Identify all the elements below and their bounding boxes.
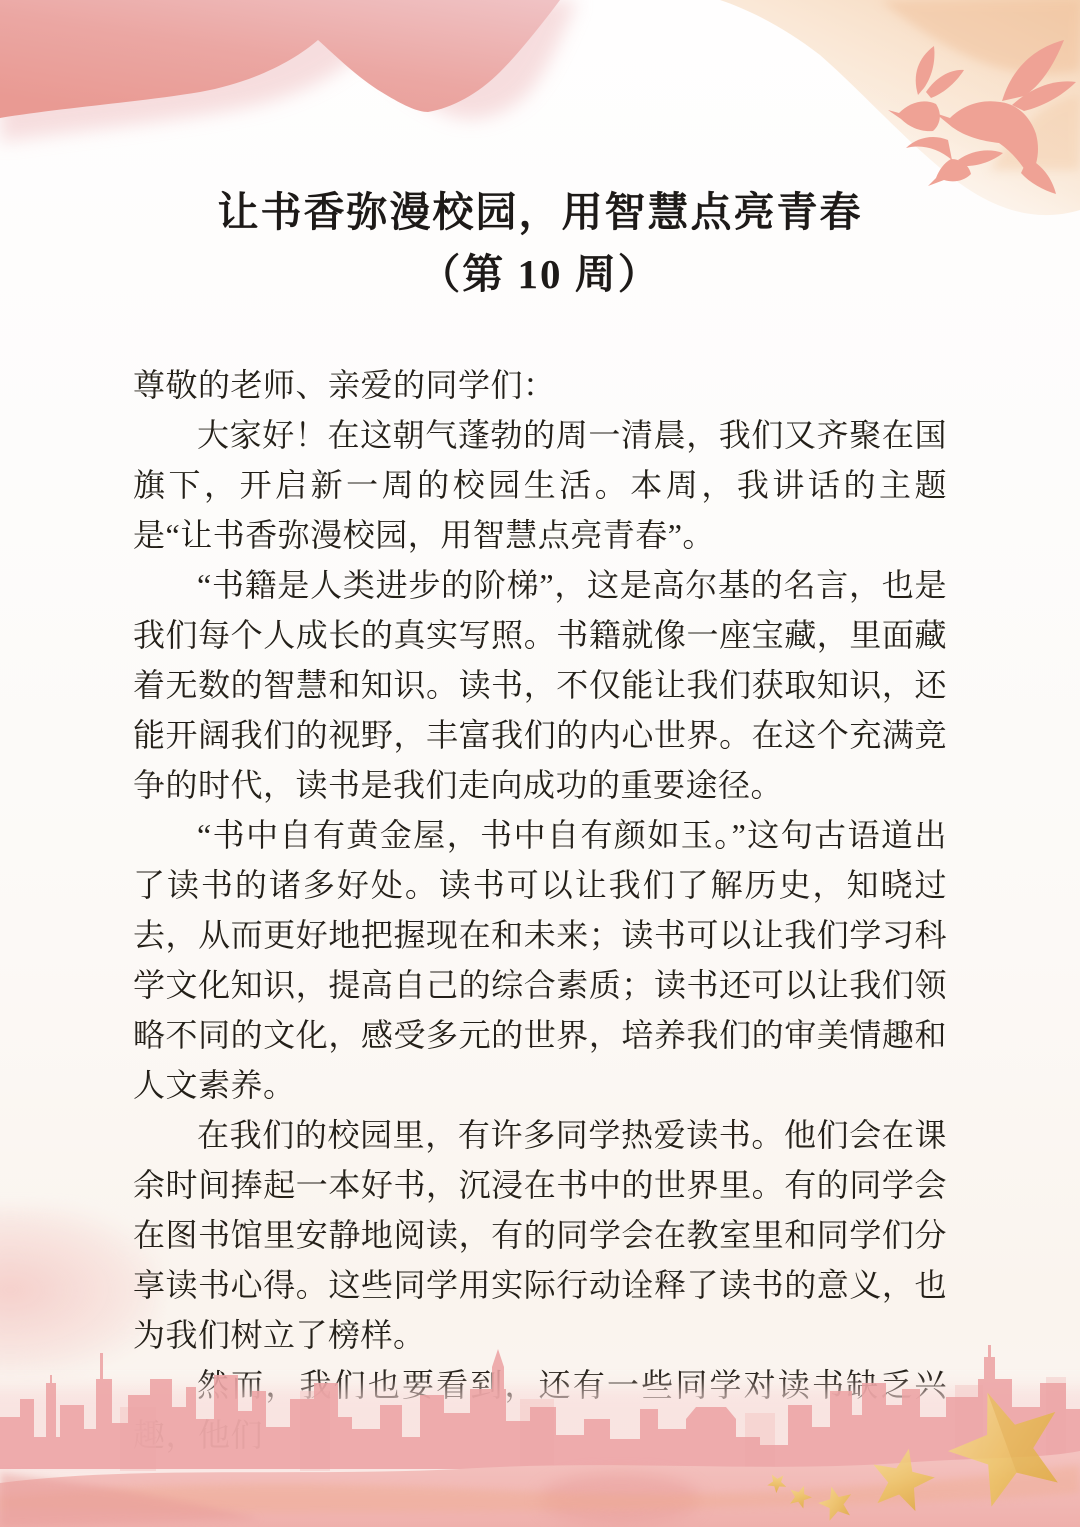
star-tiny2-icon — [765, 1469, 791, 1495]
watercolor-wave-shape — [0, 0, 560, 118]
salutation: 尊敬的老师、亲爱的同学们： — [133, 360, 947, 410]
peach-streak-shape — [880, 0, 1080, 74]
speech-body: 尊敬的老师、亲爱的同学们： 大家好！在这朝气蓬勃的周一清晨，我们又齐聚在国旗下，… — [133, 360, 947, 1460]
paragraph-2: “书籍是人类进步的阶梯”，这是高尔基的名言，也是我们每个人成长的真实写照。书籍就… — [133, 560, 947, 810]
document-page: 让书香弥漫校园，用智慧点亮青春 （第 10 周） 尊敬的老师、亲爱的同学们： 大… — [0, 0, 1080, 1527]
paragraph-5: 然而，我们也要看到，还有一些同学对读书缺乏兴趣，他们 — [133, 1360, 947, 1460]
bottom-wash — [0, 1451, 1080, 1527]
star-large-icon — [934, 1373, 1078, 1514]
star-small-icon — [815, 1482, 856, 1522]
wash-blob — [540, 1473, 700, 1525]
paragraph-3: “书中自有黄金屋，书中自有颜如玉。”这句古语道出了读书的诸多好处。读书可以让我们… — [133, 810, 947, 1110]
doves-icon — [888, 40, 1076, 194]
dove-large-icon — [935, 40, 1076, 194]
watercolor-wave-halo — [0, 0, 577, 142]
corner-wash — [0, 1473, 260, 1527]
page-title-line2: （第 10 周） — [0, 243, 1080, 305]
dove-small-icon — [888, 46, 964, 131]
title-block: 让书香弥漫校园，用智慧点亮青春 （第 10 周） — [0, 181, 1080, 305]
page-title-line1: 让书香弥漫校园，用智慧点亮青春 — [0, 181, 1080, 243]
star-tiny-icon — [786, 1482, 815, 1510]
ribbon-swoosh — [0, 1465, 1080, 1512]
peach-hill-shape — [990, 95, 1080, 170]
paragraph-4: 在我们的校园里，有许多同学热爱读书。他们会在课余时间捧起一本好书，沉浸在书中的世… — [133, 1110, 947, 1360]
dove-lower-icon — [906, 137, 1003, 186]
paragraph-1: 大家好！在这朝气蓬勃的周一清晨，我们又齐聚在国旗下，开启新一周的校园生活。本周，… — [133, 410, 947, 560]
